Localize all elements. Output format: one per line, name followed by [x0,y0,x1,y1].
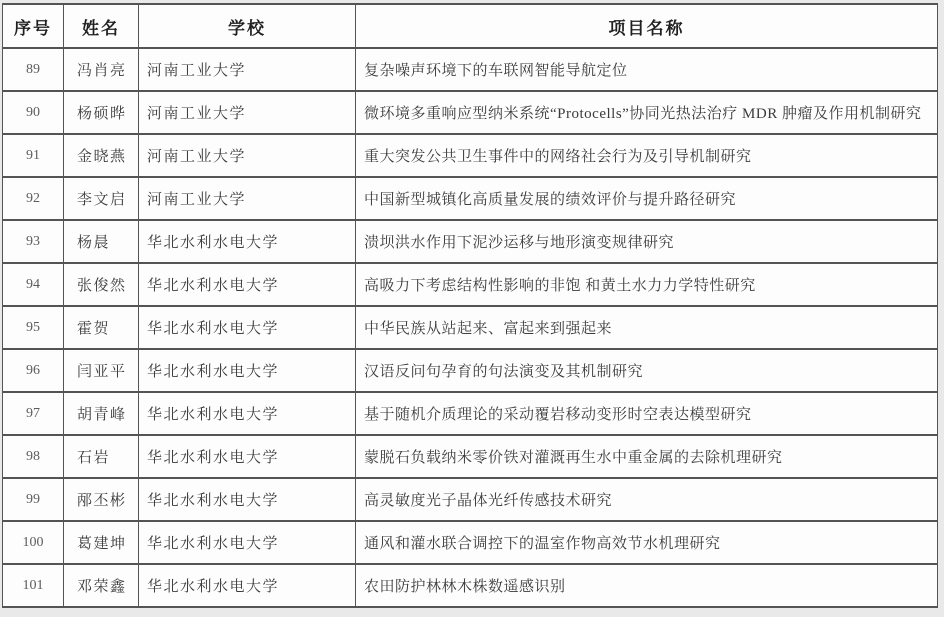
cell-person-name: 霍贺 [64,306,139,349]
cell-project-title: 复杂噪声环境下的车联网智能导航定位 [356,48,938,91]
cell-person-name: 胡青峰 [64,392,139,435]
cell-project-title: 高灵敏度光子晶体光纤传感技术研究 [356,478,938,521]
cell-person-name: 杨硕晔 [64,91,139,134]
cell-project-title: 高吸力下考虑结构性影响的非饱 和黄土水力力学特性研究 [356,263,938,306]
cell-project-title: 汉语反问句孕育的句法演变及其机制研究 [356,349,938,392]
cell-school: 华北水利水电大学 [139,478,356,521]
table-row: 96 闫亚平 华北水利水电大学 汉语反问句孕育的句法演变及其机制研究 [3,349,938,392]
cell-person-name: 葛建坤 [64,521,139,564]
table-row: 92 李文启 河南工业大学 中国新型城镇化高质量发展的绩效评价与提升路径研究 [3,177,938,220]
cell-project-title: 重大突发公共卫生事件中的网络社会行为及引导机制研究 [356,134,938,177]
table-row: 98 石岩 华北水利水电大学 蒙脱石负载纳米零价铁对灌溉再生水中重金属的去除机理… [3,435,938,478]
cell-serial-number: 95 [3,306,64,349]
cell-project-title: 溃坝洪水作用下泥沙运移与地形演变规律研究 [356,220,938,263]
cell-serial-number: 89 [3,48,64,91]
table-row: 91 金晓燕 河南工业大学 重大突发公共卫生事件中的网络社会行为及引导机制研究 [3,134,938,177]
cell-person-name: 冯肖亮 [64,48,139,91]
table-header: 序号 姓名 学校 项目名称 [3,4,938,48]
table-row: 95 霍贺 华北水利水电大学 中华民族从站起来、富起来到强起来 [3,306,938,349]
cell-project-title: 基于随机介质理论的采动覆岩移动变形时空表达模型研究 [356,392,938,435]
cell-serial-number: 99 [3,478,64,521]
table-row: 90 杨硕晔 河南工业大学 微环境多重响应型纳米系统“Protocells”协同… [3,91,938,134]
cell-project-title: 蒙脱石负载纳米零价铁对灌溉再生水中重金属的去除机理研究 [356,435,938,478]
cell-serial-number: 96 [3,349,64,392]
cell-project-title: 中华民族从站起来、富起来到强起来 [356,306,938,349]
cell-school: 华北水利水电大学 [139,263,356,306]
column-header-name: 姓名 [64,4,139,48]
column-header-school: 学校 [139,4,356,48]
cell-serial-number: 101 [3,564,64,607]
cell-serial-number: 94 [3,263,64,306]
cell-school: 华北水利水电大学 [139,349,356,392]
cell-serial-number: 92 [3,177,64,220]
cell-school: 华北水利水电大学 [139,435,356,478]
cell-person-name: 张俊然 [64,263,139,306]
cell-school: 河南工业大学 [139,134,356,177]
project-roster-table-container: 序号 姓名 学校 项目名称 89 冯肖亮 河南工业大学 复杂噪声环境下的车联网智… [2,3,938,608]
cell-person-name: 邓荣鑫 [64,564,139,607]
table-row: 100 葛建坤 华北水利水电大学 通风和灌水联合调控下的温室作物高效节水机理研究 [3,521,938,564]
table-row: 94 张俊然 华北水利水电大学 高吸力下考虑结构性影响的非饱 和黄土水力力学特性… [3,263,938,306]
cell-person-name: 邴丕彬 [64,478,139,521]
cell-school: 华北水利水电大学 [139,306,356,349]
cell-school: 河南工业大学 [139,177,356,220]
project-roster-table: 序号 姓名 学校 项目名称 89 冯肖亮 河南工业大学 复杂噪声环境下的车联网智… [2,3,938,608]
header-row: 序号 姓名 学校 项目名称 [3,4,938,48]
cell-school: 华北水利水电大学 [139,220,356,263]
cell-serial-number: 90 [3,91,64,134]
table-row: 99 邴丕彬 华北水利水电大学 高灵敏度光子晶体光纤传感技术研究 [3,478,938,521]
table-row: 101 邓荣鑫 华北水利水电大学 农田防护林林木株数遥感识别 [3,564,938,607]
table-body: 89 冯肖亮 河南工业大学 复杂噪声环境下的车联网智能导航定位 90 杨硕晔 河… [3,48,938,607]
column-header-project: 项目名称 [356,4,938,48]
cell-school: 华北水利水电大学 [139,521,356,564]
cell-person-name: 李文启 [64,177,139,220]
cell-person-name: 石岩 [64,435,139,478]
cell-school: 河南工业大学 [139,48,356,91]
cell-school: 华北水利水电大学 [139,392,356,435]
cell-serial-number: 98 [3,435,64,478]
cell-project-title: 中国新型城镇化高质量发展的绩效评价与提升路径研究 [356,177,938,220]
cell-serial-number: 93 [3,220,64,263]
cell-school: 河南工业大学 [139,91,356,134]
cell-serial-number: 91 [3,134,64,177]
cell-project-title: 农田防护林林木株数遥感识别 [356,564,938,607]
table-row: 89 冯肖亮 河南工业大学 复杂噪声环境下的车联网智能导航定位 [3,48,938,91]
cell-person-name: 金晓燕 [64,134,139,177]
cell-project-title: 通风和灌水联合调控下的温室作物高效节水机理研究 [356,521,938,564]
cell-person-name: 闫亚平 [64,349,139,392]
column-header-no: 序号 [3,4,64,48]
cell-person-name: 杨晨 [64,220,139,263]
cell-serial-number: 100 [3,521,64,564]
cell-serial-number: 97 [3,392,64,435]
table-row: 93 杨晨 华北水利水电大学 溃坝洪水作用下泥沙运移与地形演变规律研究 [3,220,938,263]
cell-school: 华北水利水电大学 [139,564,356,607]
table-row: 97 胡青峰 华北水利水电大学 基于随机介质理论的采动覆岩移动变形时空表达模型研… [3,392,938,435]
cell-project-title: 微环境多重响应型纳米系统“Protocells”协同光热法治疗 MDR 肿瘤及作… [356,91,938,134]
